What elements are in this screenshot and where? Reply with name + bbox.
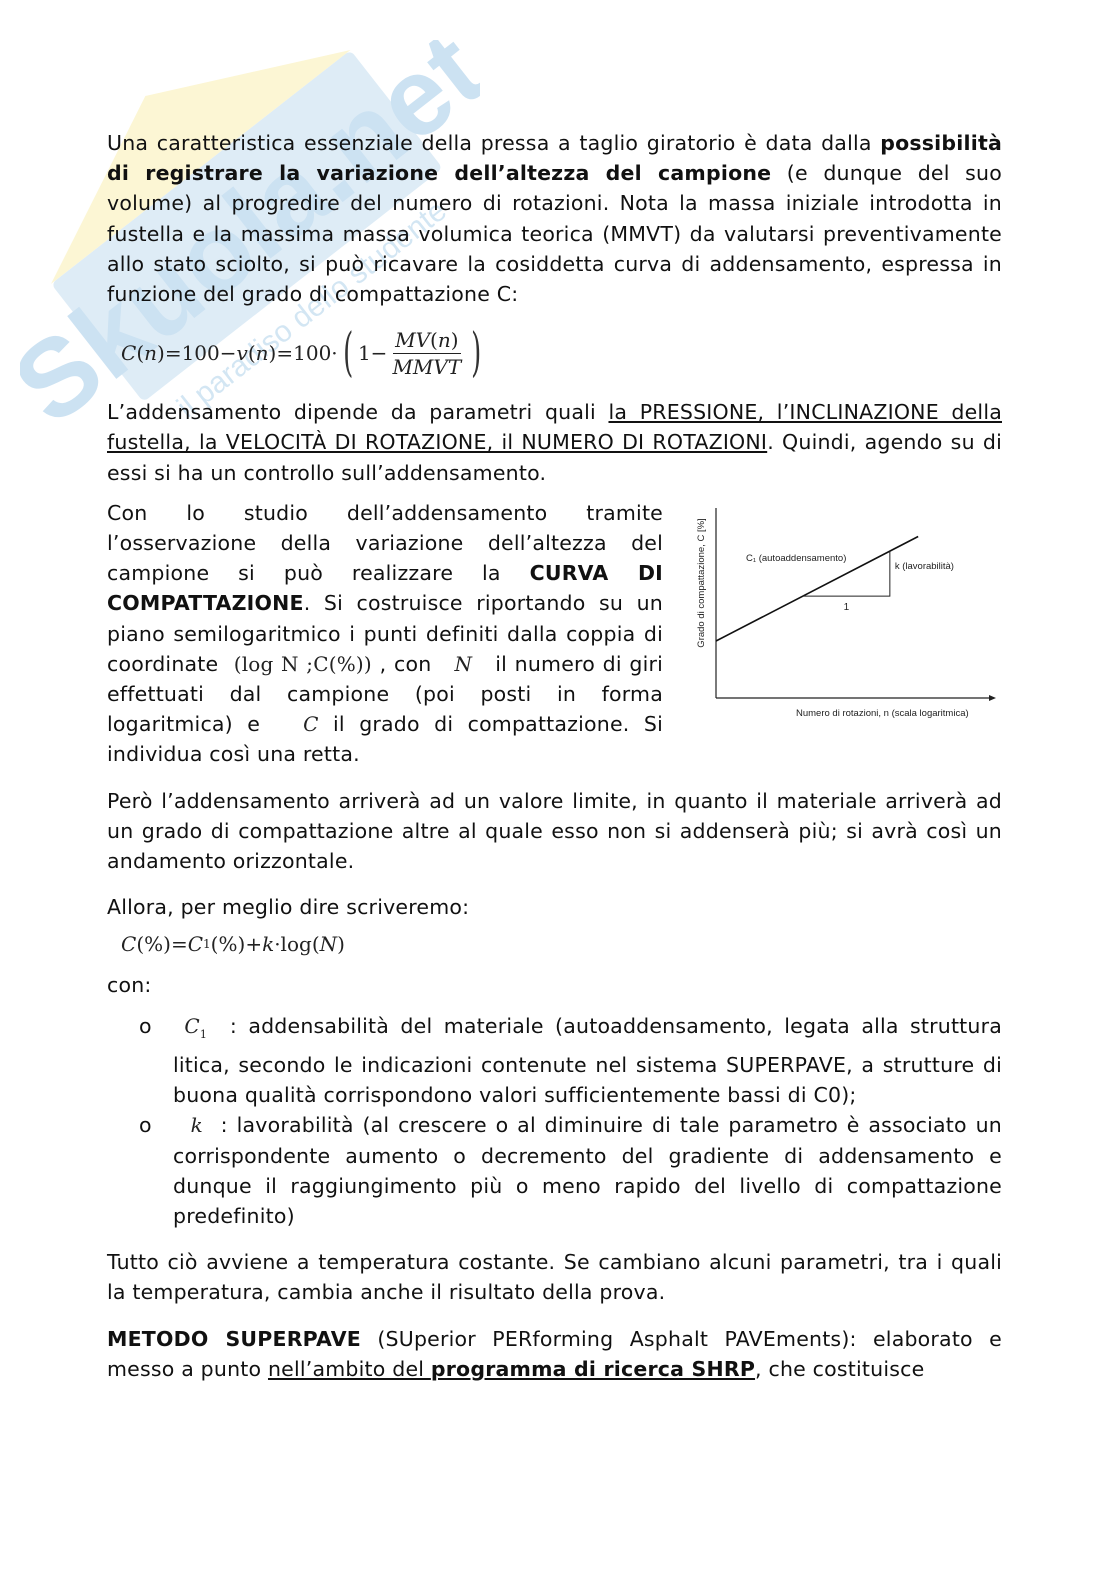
text: : lavorabilità (al crescere o al diminui… <box>173 1113 1002 1228</box>
bullet: o <box>107 1011 173 1041</box>
math-fraction: MV(n) MMVT <box>390 328 463 379</box>
math-var: C <box>121 932 136 956</box>
chart-svg: 1k (lavorabilità)C₁ (autoaddensamento)Nu… <box>682 498 1002 738</box>
math-var: n <box>144 341 157 365</box>
math-op: + <box>245 932 262 956</box>
svg-text:Numero di rotazioni, n (scala: Numero di rotazioni, n (scala logaritmic… <box>796 708 969 719</box>
list-item: o C1 : addensabilità del materiale (auto… <box>107 1011 1002 1111</box>
math-op: =100− <box>165 341 237 365</box>
math-var: C <box>188 932 203 956</box>
math-var: n <box>256 341 269 365</box>
paragraph-compaction-curve: Con lo studio dell’addensamento tramite … <box>107 498 663 770</box>
math-inline: (log N ;C(%)) <box>234 652 372 676</box>
paragraph-then: Allora, per meglio dire scriveremo: <box>107 892 1002 922</box>
list-item: o k : lavorabilità (al crescere o al dim… <box>107 1110 1002 1231</box>
text: : addensabilità del materiale (autoadden… <box>173 1014 1002 1108</box>
math-inline: N <box>454 652 472 676</box>
underlined-text: nell’ambito del programma di ricerca SHR… <box>268 1357 755 1381</box>
math-var: n <box>438 328 451 352</box>
math-var: v <box>237 341 248 365</box>
math-op: = <box>171 932 188 956</box>
text: Allora, per meglio dire scriveremo: <box>107 895 469 919</box>
math-sub: 1 <box>200 1028 207 1041</box>
document-page: Una caratteristica essenziale della pres… <box>107 128 1002 1384</box>
svg-text:C₁ (autoaddensamento): C₁ (autoaddensamento) <box>746 553 846 564</box>
math-inline: C <box>184 1014 200 1038</box>
list-item-text: C1 : addensabilità del materiale (autoad… <box>173 1011 1002 1111</box>
paragraph-limit: Però l’addensamento arriverà ad un valor… <box>107 786 1002 877</box>
paragraph-superpave: METODO SUPERPAVE (SUperior PERforming As… <box>107 1324 1002 1384</box>
text: , che costituisce <box>755 1357 924 1381</box>
definition-list: o C1 : addensabilità del materiale (auto… <box>107 1011 1002 1232</box>
math-var: % <box>218 932 237 956</box>
math-numerator: MV <box>395 328 430 352</box>
math-var: N <box>320 932 338 956</box>
svg-text:1: 1 <box>844 602 850 613</box>
math-var: % <box>144 932 163 956</box>
list-item-text: k : lavorabilità (al crescere o al dimin… <box>173 1110 1002 1231</box>
math-denominator: MMVT <box>390 354 463 379</box>
svg-text:Grado di compattazione, C [%]: Grado di compattazione, C [%] <box>696 518 707 647</box>
text: nell’ambito del <box>268 1357 431 1381</box>
svg-text:k (lavorabilità): k (lavorabilità) <box>895 561 954 572</box>
math-inline: k <box>191 1113 203 1137</box>
math-op: 1− <box>358 341 387 365</box>
formula-compaction-degree: C(n)=100−v(n)=100·(1− MV(n) MMVT ) <box>107 317 1002 389</box>
math-var: C <box>121 341 136 365</box>
math-op: ·log <box>274 932 312 956</box>
text: L’addensamento dipende da parametri qual… <box>107 400 608 424</box>
compaction-chart: 1k (lavorabilità)C₁ (autoaddensamento)Nu… <box>682 498 1002 770</box>
paragraph-with: con: <box>107 970 1002 1000</box>
text: Tutto ciò avviene a temperatura costante… <box>107 1250 1002 1304</box>
math-var: k <box>262 932 274 956</box>
text: , con <box>372 652 439 676</box>
bullet: o <box>107 1110 173 1140</box>
math-op: =100· <box>276 341 337 365</box>
paragraph-intro: Una caratteristica essenziale della pres… <box>107 128 1002 309</box>
text: con: <box>107 973 152 997</box>
math-sub: 1 <box>203 937 211 951</box>
bold-text: METODO SUPERPAVE <box>107 1327 361 1351</box>
text: Una caratteristica essenziale della pres… <box>107 131 880 155</box>
paragraph-temperature: Tutto ciò avviene a temperatura costante… <box>107 1247 1002 1307</box>
paragraph-parameters: L’addensamento dipende da parametri qual… <box>107 397 1002 488</box>
text: Però l’addensamento arriverà ad un valor… <box>107 789 1002 873</box>
formula-compaction-law: C(%)=C1(%)+k·log(N) <box>107 926 1002 962</box>
text-with-figure: Con lo studio dell’addensamento tramite … <box>107 498 1002 770</box>
bold-text: programma di ricerca SHRP <box>431 1357 755 1381</box>
math-inline: C <box>303 712 319 736</box>
